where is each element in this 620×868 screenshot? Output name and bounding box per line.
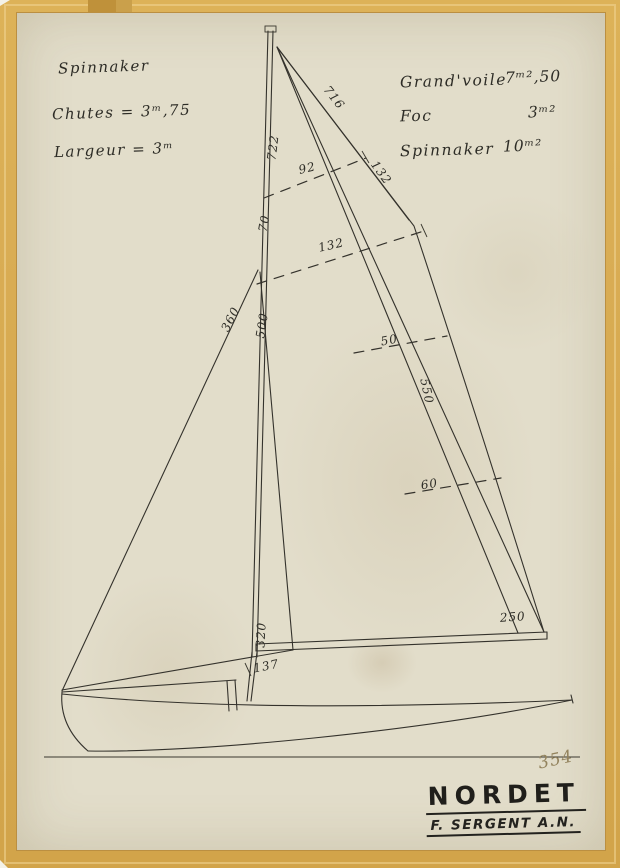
- trunk-line: [235, 680, 237, 710]
- tick-mark: [421, 224, 427, 237]
- designer-name: F. SERGENT A.N.: [426, 811, 580, 837]
- sail-area-value-mainsail: 7ᵐ²,50: [505, 67, 562, 87]
- dashed-width-50: [354, 336, 447, 353]
- boom-line: [256, 639, 547, 651]
- title-block: NORDET F. SERGENT A.N.: [425, 778, 587, 837]
- tick-mark: [362, 151, 369, 163]
- hull-bottom-line: [88, 700, 572, 751]
- sail-area-label-mainsail: Grand'voile: [400, 71, 507, 92]
- stem-line: [62, 692, 88, 751]
- mast-line: [257, 31, 273, 657]
- dim-label-head-stay: 716: [321, 83, 348, 112]
- dim-label-mast-mid: 70: [256, 214, 273, 233]
- sail-area-label-jib: Foc: [400, 107, 433, 126]
- dim-label-boom: 250: [498, 609, 526, 625]
- sail-area-value-spinnaker: 10ᵐ²: [503, 136, 543, 155]
- boat-name: NORDET: [425, 778, 586, 815]
- sail-area-value-jib: 3ᵐ²: [528, 103, 557, 122]
- dim-label-mast-upper: 722: [265, 134, 282, 161]
- boom-line: [256, 632, 547, 644]
- sail-area-label-spinnaker: Spinnaker: [400, 140, 495, 160]
- masthead-cap: [265, 26, 276, 32]
- sheer-line: [62, 694, 572, 706]
- mast-foot-line: [247, 652, 252, 701]
- spinnaker-note-title: Spinnaker: [58, 56, 150, 77]
- dim-label-width-132: 132: [317, 235, 345, 254]
- dim-label-width-92: 92: [297, 159, 317, 177]
- sail-plan-drawing: 722 716 92 132 70 132 360 500 50 550 60 …: [0, 0, 620, 868]
- dim-label-gap-50: 50: [379, 332, 399, 349]
- dim-label-gap-60: 60: [420, 476, 439, 493]
- mast-foot-line: [251, 652, 257, 701]
- mast-line: [252, 31, 268, 657]
- dim-label-mast-foot: 320: [253, 621, 268, 648]
- dim-label-jib-leech: 500: [253, 311, 271, 339]
- dim-label-jib-luff: 360: [218, 304, 242, 333]
- transom-line: [571, 695, 573, 703]
- leech-chord-line: [277, 47, 544, 632]
- dim-label-upper-leech: 132: [368, 158, 395, 187]
- trunk-line: [227, 681, 229, 711]
- dim-label-main-leech: 550: [417, 377, 436, 405]
